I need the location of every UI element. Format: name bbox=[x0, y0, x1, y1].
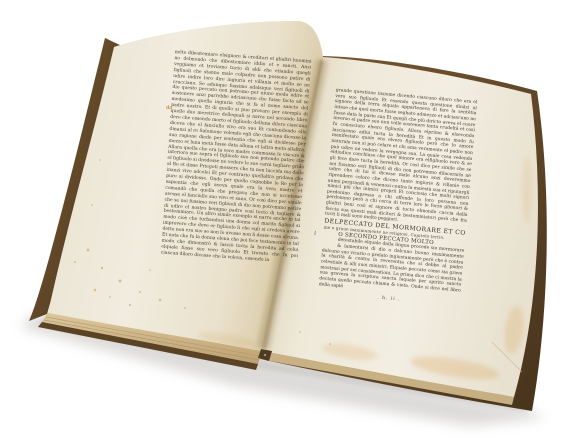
chapter-opening: l O SECONDO PECCATO MOLTO detestabile el… bbox=[319, 230, 465, 300]
binding-clasp-slot bbox=[264, 354, 266, 356]
guide-letter: l bbox=[314, 231, 316, 237]
right-page-paragraph: grande questione insieme dicendo ciascun… bbox=[325, 88, 478, 230]
left-page-text: mẽte dibestemiare elsignore & creditori … bbox=[161, 50, 312, 266]
book-photo-stage: da mẽte dibestemiare elsignore & credito… bbox=[0, 0, 570, 438]
chapter-body-text: detestabile elquale dalla lingua procede… bbox=[319, 238, 465, 293]
initial-letter-space bbox=[322, 230, 338, 248]
right-page-text: grande questione insieme dicendo ciascun… bbox=[318, 88, 478, 308]
